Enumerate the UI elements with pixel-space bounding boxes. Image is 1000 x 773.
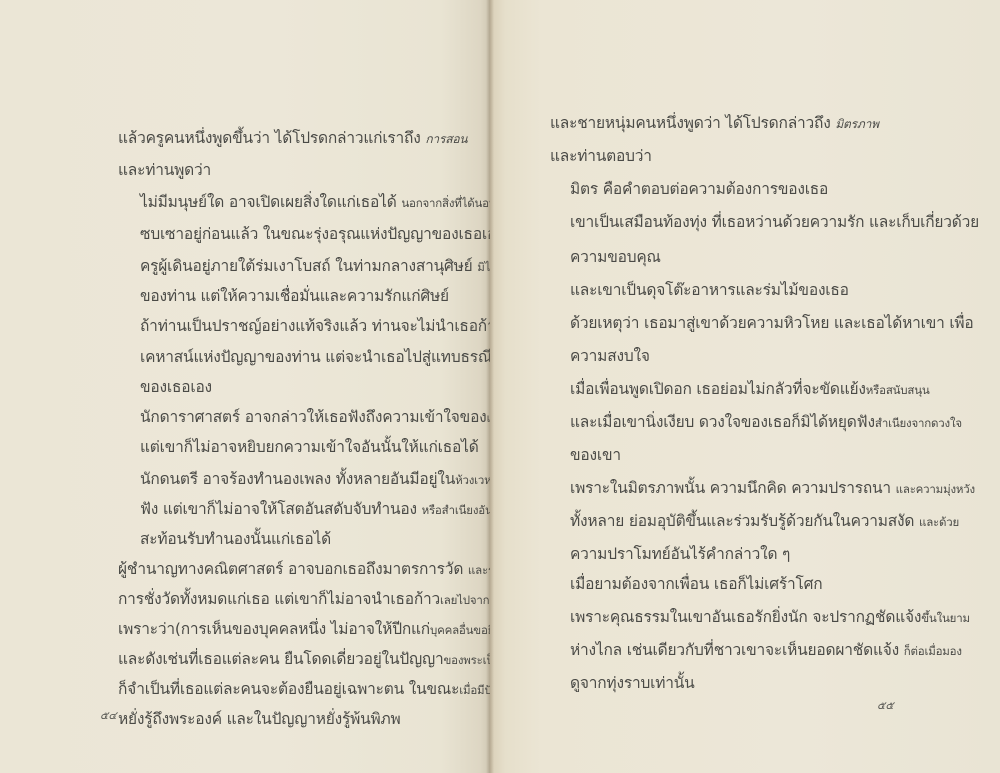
text-line: และท่านตอบว่า xyxy=(550,146,652,166)
line-text: หยั่งรู้ถึงพระองค์ และในปัญญาหยั่งรู้พ้น… xyxy=(118,710,401,728)
line-text: แต่เขาก็ไม่อาจหยิบยกความเข้าใจอันนั้นให้… xyxy=(140,438,479,456)
line-text: และชายหนุ่มคนหนึ่งพูดว่า ได้โปรดกล่าวถึง xyxy=(550,114,835,132)
text-line: หยั่งรู้ถึงพระองค์ และในปัญญาหยั่งรู้พ้น… xyxy=(118,709,401,729)
text-line: และเขาเป็นดุจโต๊ะอาหารและร่มไม้ของเธอ xyxy=(570,280,849,300)
text-line: ความปราโมทย์อันไร้คำกล่าวใด ๆ xyxy=(570,544,790,564)
text-line: การชั่งวัดทั้งหมดแก่เธอ แต่เขาก็ไม่อาจนำ… xyxy=(118,589,505,610)
line-text: เมื่อยามต้องจากเพื่อน เธอก็ไม่เศร้าโศก xyxy=(570,575,822,593)
text-line: ครูผู้เดินอยู่ภายใต้ร่มเงาโบสถ์ ในท่ามกล… xyxy=(140,256,543,277)
line-text: แล้วครูคนหนึ่งพูดขึ้นว่า ได้โปรดกล่าวแก่… xyxy=(118,129,425,147)
left-page-number: ๕๔ xyxy=(100,706,117,724)
text-line: มิตร คือคำตอบต่อความต้องการของเธอ xyxy=(570,179,828,199)
text-line: และดังเช่นที่เธอแต่ละคน ยืนโดดเดี่ยวอยู่… xyxy=(118,649,518,670)
line-text: ความขอบคุณ xyxy=(570,248,661,266)
text-line: ความขอบคุณ xyxy=(570,247,661,267)
line-text: ถ้าท่านเป็นปราชญ์อย่างแท้จริงแล้ว ท่านจะ… xyxy=(140,317,529,335)
text-line: ดูจากทุ่งราบเท่านั้น xyxy=(570,673,695,693)
line-text: เพราะว่า(การเห็นของบุคคลหนึ่ง ไม่อาจให้ป… xyxy=(118,620,430,638)
line-text: ของเธอเอง xyxy=(140,378,212,396)
text-line: แล้วครูคนหนึ่งพูดขึ้นว่า ได้โปรดกล่าวแก่… xyxy=(118,128,467,149)
line-text: ทั้งหลาย ย่อมอุบัติขึ้นและร่วมรับรู้ด้วย… xyxy=(570,512,919,530)
line-text-compressed: นอกจากสิ่งที่ได้นอน xyxy=(401,196,496,210)
text-line: ฟัง แต่เขาก็ไม่อาจให้โสตอันสดับจับทำนอง … xyxy=(140,499,511,520)
line-text: ของเขา xyxy=(570,446,621,464)
line-text-compressed: ขึ้นในยาม xyxy=(921,611,970,625)
line-text: นักดนตรี อาจร้องทำนองเพลง ทั้งหลายอันมีอ… xyxy=(140,470,455,488)
line-text: ความสงบใจ xyxy=(570,347,650,365)
line-text-compressed: หรือสนับสนุน xyxy=(866,383,930,397)
line-text: สะท้อนรับทำนองนั้นแก่เธอได้ xyxy=(140,530,331,548)
line-text: ฟัง แต่เขาก็ไม่อาจให้โสตอันสดับจับทำนอง xyxy=(140,500,422,518)
text-line: ของเขา xyxy=(570,445,621,465)
line-text: ของท่าน แต่ให้ความเชื่อมั่นและความรักแก่… xyxy=(140,287,449,305)
text-line: ของท่าน แต่ให้ความเชื่อมั่นและความรักแก่… xyxy=(140,286,449,306)
line-text: ผู้ชำนาญทางคณิตศาสตร์ อาจบอกเธอถึงมาตรกา… xyxy=(118,560,468,578)
line-text: มิตร คือคำตอบต่อความต้องการของเธอ xyxy=(570,180,828,198)
text-line: นักดนตรี อาจร้องทำนองเพลง ทั้งหลายอันมีอ… xyxy=(140,469,528,490)
line-text: ก็จำเป็นที่เธอแต่ละคนจะต้องยืนอยู่เฉพาะต… xyxy=(118,680,459,698)
line-text: เคหาสน์แห่งปัญญาของท่าน แต่จะนำเธอไปสู่แ… xyxy=(140,348,492,366)
left-page: แล้วครูคนหนึ่งพูดขึ้นว่า ได้โปรดกล่าวแก่… xyxy=(0,0,490,773)
line-text: และดังเช่นที่เธอแต่ละคน ยืนโดดเดี่ยวอยู่… xyxy=(118,650,444,668)
line-text-compressed: สำเนียงจากดวงใจ xyxy=(875,416,962,430)
line-text: การชั่งวัดทั้งหมดแก่เธอ แต่เขาก็ไม่อาจนำ… xyxy=(118,590,440,608)
line-text: เพราะคุณธรรมในเขาอันเธอรักยิ่งนัก จะปราก… xyxy=(570,608,921,626)
line-text-compressed: และความมุ่งหวัง xyxy=(896,482,975,496)
line-text-compressed: และด้วย xyxy=(919,515,959,529)
line-text: และเมื่อเขานิ่งเงียบ ดวงใจของเธอก็มิได้ห… xyxy=(570,413,875,431)
text-line: เคหาสน์แห่งปัญญาของท่าน แต่จะนำเธอไปสู่แ… xyxy=(140,347,545,368)
text-line: และชายหนุ่มคนหนึ่งพูดว่า ได้โปรดกล่าวถึง… xyxy=(550,113,879,134)
text-line: เขาเป็นเสมือนท้องทุ่ง ที่เธอหว่านด้วยควา… xyxy=(570,212,979,232)
text-line: เพราะในมิตรภาพนั้น ความนึกคิด ความปรารถน… xyxy=(570,478,975,499)
line-text: ความปราโมทย์อันไร้คำกล่าวใด ๆ xyxy=(570,545,790,563)
line-text: นักดาราศาสตร์ อาจกล่าวให้เธอฟังถึงความเข… xyxy=(140,408,487,426)
line-text: ครูผู้เดินอยู่ภายใต้ร่มเงาโบสถ์ ในท่ามกล… xyxy=(140,257,477,275)
line-text: ซบเซาอยู่ก่อนแล้ว ในขณะรุ่งอรุณแห่งปัญญา… xyxy=(140,225,504,243)
text-line: ผู้ชำนาญทางคณิตศาสตร์ อาจบอกเธอถึงมาตรกา… xyxy=(118,559,514,580)
text-line: เมื่อเพื่อนพูดเปิดอก เธอย่อมไม่กลัวที่จะ… xyxy=(570,379,930,400)
line-text: และเขาเป็นดุจโต๊ะอาหารและร่มไม้ของเธอ xyxy=(570,281,849,299)
open-book-spread: แล้วครูคนหนึ่งพูดขึ้นว่า ได้โปรดกล่าวแก่… xyxy=(0,0,1000,773)
line-text: เพราะในมิตรภาพนั้น ความนึกคิด ความปรารถน… xyxy=(570,479,896,497)
right-page: และชายหนุ่มคนหนึ่งพูดว่า ได้โปรดกล่าวถึง… xyxy=(490,0,1000,773)
text-line: เพราะคุณธรรมในเขาอันเธอรักยิ่งนัก จะปราก… xyxy=(570,607,970,628)
line-text: ไม่มีมนุษย์ใด อาจเปิดเผยสิ่งใดแก่เธอได้ xyxy=(140,193,401,211)
text-line: และเมื่อเขานิ่งเงียบ ดวงใจของเธอก็มิได้ห… xyxy=(570,412,962,433)
line-text: เมื่อเพื่อนพูดเปิดอก เธอย่อมไม่กลัวที่จะ… xyxy=(570,380,866,398)
text-line: ก็จำเป็นที่เธอแต่ละคนจะต้องยืนอยู่เฉพาะต… xyxy=(118,679,517,700)
text-line: ไม่มีมนุษย์ใด อาจเปิดเผยสิ่งใดแก่เธอได้ … xyxy=(140,192,497,213)
text-line: ทั้งหลาย ย่อมอุบัติขึ้นและร่วมรับรู้ด้วย… xyxy=(570,511,959,532)
text-line: เมื่อยามต้องจากเพื่อน เธอก็ไม่เศร้าโศก xyxy=(570,574,822,594)
line-text: และท่านตอบว่า xyxy=(550,147,652,165)
line-text: และท่านพูดว่า xyxy=(118,161,211,179)
topic-heading: การสอน xyxy=(425,132,467,146)
text-line: ห่างไกล เช่นเดียวกับที่ชาวเขาจะเห็นยอดผา… xyxy=(570,640,962,661)
line-text: ห่างไกล เช่นเดียวกับที่ชาวเขาจะเห็นยอดผา… xyxy=(570,641,904,659)
line-text: ด้วยเหตุว่า เธอมาสู่เขาด้วยความหิวโหย แล… xyxy=(570,314,974,332)
text-line: ความสงบใจ xyxy=(570,346,650,366)
text-line: สะท้อนรับทำนองนั้นแก่เธอได้ xyxy=(140,529,331,549)
text-line: ซบเซาอยู่ก่อนแล้ว ในขณะรุ่งอรุณแห่งปัญญา… xyxy=(140,224,504,244)
line-text: เขาเป็นเสมือนท้องทุ่ง ที่เธอหว่านด้วยควา… xyxy=(570,213,979,231)
text-line: ด้วยเหตุว่า เธอมาสู่เขาด้วยความหิวโหย แล… xyxy=(570,313,974,333)
text-line: เพราะว่า(การเห็นของบุคคลหนึ่ง ไม่อาจให้ป… xyxy=(118,619,519,640)
line-text: ดูจากทุ่งราบเท่านั้น xyxy=(570,674,695,692)
book-gutter xyxy=(486,0,494,773)
topic-heading: มิตรภาพ xyxy=(835,117,879,131)
text-line: แต่เขาก็ไม่อาจหยิบยกความเข้าใจอันนั้นให้… xyxy=(140,437,479,457)
right-page-number: ๕๕ xyxy=(877,696,894,714)
text-line: ของเธอเอง xyxy=(140,377,212,397)
text-line: และท่านพูดว่า xyxy=(118,160,211,180)
line-text-compressed: ก็ต่อเมื่อมอง xyxy=(904,644,962,658)
